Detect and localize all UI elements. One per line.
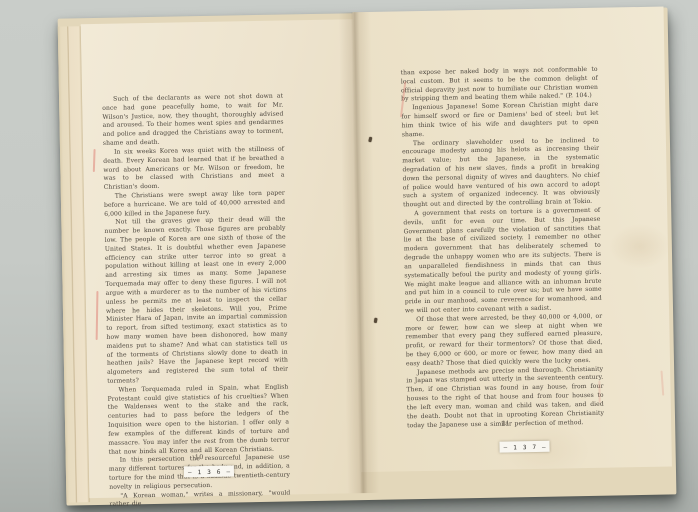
pencil-mark [93,149,95,172]
staple-mark [368,137,371,142]
right-page: than expose her naked body in ways not c… [353,7,672,473]
right-page-text: than expose her naked body in ways not c… [401,66,605,431]
pencil-mark [96,291,98,340]
paragraph: Not till the graves give up their dead w… [104,216,288,387]
paragraph: "A Korean woman," writes a missionary, "… [109,489,290,510]
paragraph: than expose her naked body in ways not c… [401,66,599,105]
left-page-text: Such of the declarants as were not shot … [102,93,291,510]
paragraph: The Christians were swept away like torn… [104,189,285,219]
archive-stamp: – 1 3 6 – [184,465,235,477]
staple-mark [374,318,377,323]
paragraph: Of those that were arrested, be they 40,… [405,312,603,368]
paragraph: In six weeks Korea was quiet with the st… [103,145,285,192]
paragraph: Ingenious Japanese! Some Korean Christia… [401,101,599,140]
left-page: Such of the declarants as were not shot … [81,19,362,498]
paragraph: A government that rests on torture is a … [403,207,602,316]
scan-background: Such of the declarants as were not shot … [0,0,698,512]
archive-stamp: – 1 3 7 – [499,441,550,453]
pencil-mark [660,371,663,396]
paragraph: The ordinary slaveholder used to be incl… [402,136,600,210]
paragraph: When Torquemada ruled in Spain, what Eng… [107,383,289,457]
paragraph: Such of the declarants as were not shot … [102,93,284,149]
open-book: Such of the declarants as were not shot … [58,4,680,507]
